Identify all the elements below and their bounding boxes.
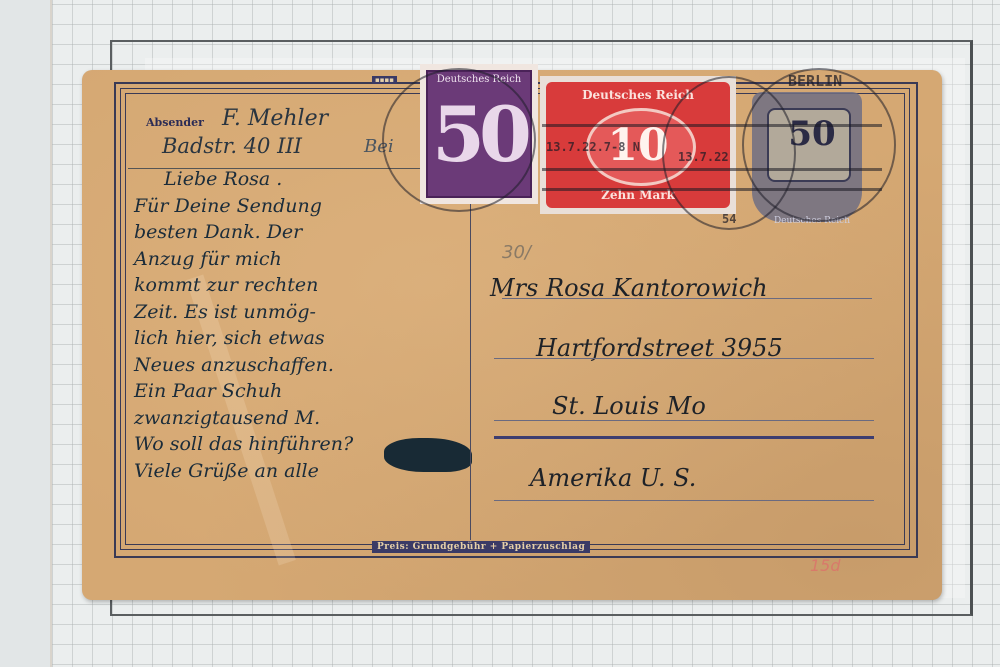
message-line: kommt zur rechten <box>134 272 353 299</box>
album-binding-strip <box>0 0 52 667</box>
ink-blot <box>384 438 472 472</box>
address-line <box>494 500 874 501</box>
price-strip: Preis: Grundgebühr + Papierzuschlag <box>372 541 590 553</box>
postmark-circle <box>742 68 896 222</box>
cancel-bar <box>542 124 882 127</box>
message-line: Viele Grüße an alle <box>134 458 353 485</box>
message-line: Liebe Rosa . <box>134 166 353 193</box>
postmark-district: 54 <box>722 212 736 226</box>
cancel-bar <box>542 188 882 191</box>
message-line: Für Deine Sendung <box>134 193 353 220</box>
postmark-city: BERLIN <box>788 72 842 90</box>
message-line: lich hier, sich etwas <box>134 325 353 352</box>
recipient-line-3: St. Louis Mo <box>552 392 706 420</box>
message-line: Wo soll das hinführen? <box>134 431 353 458</box>
message-line: besten Dank. Der <box>134 219 353 246</box>
pencil-note: 30/ <box>502 242 531 263</box>
postmark-date: 13.7.22 <box>678 150 729 164</box>
message-line: Anzug für mich <box>134 246 353 273</box>
top-ornament-strip: ▪▪▪▪ <box>372 76 397 84</box>
sender-name: F. Mehler <box>222 106 328 131</box>
postmark-circle <box>382 68 536 212</box>
recipient-line-4: Amerika U. S. <box>530 464 696 492</box>
red-pencil-note: 15d <box>810 556 841 575</box>
postcard: ▪▪▪▪ Absender F. Mehler Badstr. 40 III B… <box>82 70 942 600</box>
cancel-bar <box>542 168 882 171</box>
postmark-date: 13.7.22.7-8 N <box>546 140 640 154</box>
message-line: zwanzigtausend M. <box>134 405 353 432</box>
message-body: Liebe Rosa . Für Deine Sendung besten Da… <box>134 166 353 484</box>
address-line <box>502 298 872 299</box>
address-line <box>494 420 874 421</box>
message-line: Neues anzuschaffen. <box>134 352 353 379</box>
card-divider <box>470 200 471 540</box>
message-line: Ein Paar Schuh <box>134 378 353 405</box>
address-line <box>494 358 874 359</box>
message-line: Zeit. Es ist unmög- <box>134 299 353 326</box>
address-line-thick <box>494 436 874 439</box>
sender-label: Absender <box>146 116 204 129</box>
sender-address: Badstr. 40 III <box>162 134 302 158</box>
